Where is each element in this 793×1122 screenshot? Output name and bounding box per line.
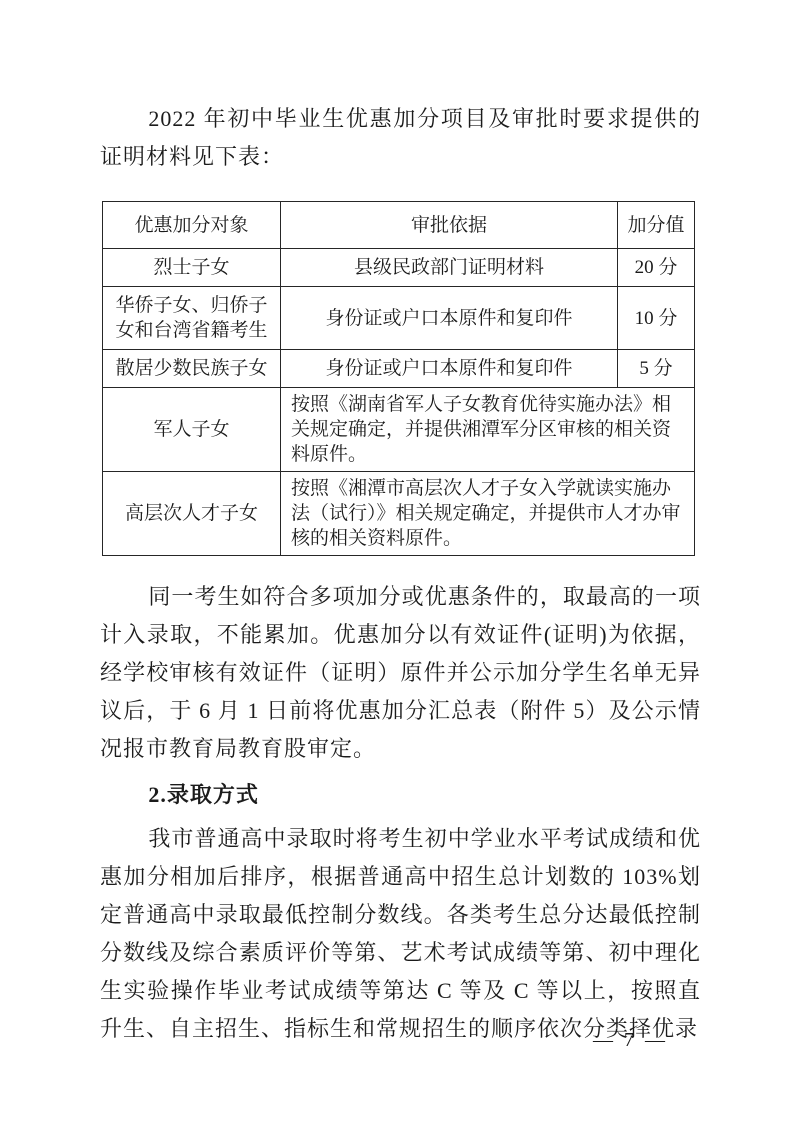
table-row: 烈士子女县级民政部门证明材料20 分 [103,249,695,287]
policy-paragraph: 同一考生如符合多项加分或优惠条件的，取最高的一项计入录取，不能累加。优惠加分以有… [100,578,701,768]
cell-points: 5 分 [618,350,695,388]
page-number: — 7 — [593,1029,668,1052]
col-header-points: 加分值 [618,202,695,249]
cell-target: 军人子女 [103,388,281,472]
cell-basis: 身份证或户口本原件和复印件 [281,287,618,350]
admission-paragraph: 我市普通高中录取时将考生初中学业水平考试成绩和优惠加分相加后排序，根据普通高中招… [100,820,701,1048]
document-page: 2022 年初中毕业生优惠加分项目及审批时要求提供的证明材料见下表： 优惠加分对… [0,0,793,1122]
cell-basis: 按照《湖南省军人子女教育优待实施办法》相关规定确定，并提供湘潭军分区审核的相关资… [281,388,695,472]
table-row: 华侨子女、归侨子女和台湾省籍考生身份证或户口本原件和复印件10 分 [103,287,695,350]
table-row: 高层次人才子女按照《湘潭市高层次人才子女入学就读实施办法（试行）》相关规定确定，… [103,472,695,556]
cell-basis: 县级民政部门证明材料 [281,249,618,287]
cell-target: 华侨子女、归侨子女和台湾省籍考生 [103,287,281,350]
cell-target: 高层次人才子女 [103,472,281,556]
document-content: 2022 年初中毕业生优惠加分项目及审批时要求提供的证明材料见下表： 优惠加分对… [100,100,701,1048]
col-header-basis: 审批依据 [281,202,618,249]
cell-basis: 按照《湘潭市高层次人才子女入学就读实施办法（试行）》相关规定确定，并提供市人才办… [281,472,695,556]
bonus-table-body: 烈士子女县级民政部门证明材料20 分华侨子女、归侨子女和台湾省籍考生身份证或户口… [103,249,695,556]
table-row: 散居少数民族子女身份证或户口本原件和复印件5 分 [103,350,695,388]
cell-target: 散居少数民族子女 [103,350,281,388]
cell-target: 烈士子女 [103,249,281,287]
col-header-target: 优惠加分对象 [103,202,281,249]
cell-basis: 身份证或户口本原件和复印件 [281,350,618,388]
table-row: 军人子女按照《湖南省军人子女教育优待实施办法》相关规定确定，并提供湘潭军分区审核… [103,388,695,472]
cell-points: 10 分 [618,287,695,350]
section-heading: 2.录取方式 [100,776,701,814]
bonus-points-table: 优惠加分对象 审批依据 加分值 烈士子女县级民政部门证明材料20 分华侨子女、归… [102,201,695,556]
intro-paragraph: 2022 年初中毕业生优惠加分项目及审批时要求提供的证明材料见下表： [100,100,701,176]
table-header-row: 优惠加分对象 审批依据 加分值 [103,202,695,249]
cell-points: 20 分 [618,249,695,287]
